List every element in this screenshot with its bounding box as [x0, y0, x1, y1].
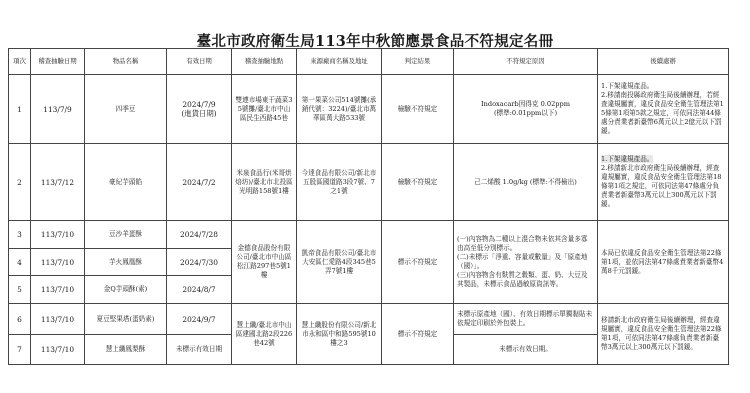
cell-reason: 未標示有效日期。 [454, 335, 598, 365]
header-row: 項次 稽查抽驗日期 物品名稱 有效日期 稽查抽驗地點 來源廠商名稱及地址 判定結… [9, 49, 729, 75]
cell-product: 豆沙羊蛋酥 [85, 221, 167, 249]
cell-date: 113/7/10 [31, 276, 85, 304]
violations-table: 項次 稽查抽驗日期 物品名稱 有效日期 稽查抽驗地點 來源廠商名稱及地址 判定結… [8, 48, 729, 365]
header-reason: 不符規定原因 [454, 49, 598, 75]
cell-source: 第一果菜公司514號攤(承銷代號：3224)/臺北市萬華區萬大路533號 [297, 75, 382, 144]
action-text: 2.移請新北市政府衛生局後續辦理，經查違規屬實，違反食品安全衛生管理法第18條第… [601, 164, 725, 209]
cell-reason: Indoxacarb因得克 0.02ppm (標準:0.01ppm以下) [454, 75, 598, 144]
cell-product: 芋火鳳凰酥 [85, 249, 167, 276]
cell-no: 7 [9, 335, 31, 365]
cell-expiry: 未標示有效日期 [167, 335, 232, 365]
cell-no: 5 [9, 276, 31, 304]
header-result: 判定結果 [382, 49, 454, 75]
header-location: 稽查抽驗地點 [232, 49, 297, 75]
cell-reason: (一)內容物為二種以上混合物未依其含量多寡由高至低分別標示。 (二)未標示「淨重… [454, 221, 598, 304]
cell-result: 標示不符規定 [382, 304, 454, 365]
reason-item: (一)內容物為二種以上混合物未依其含量多寡由高至低分別標示。 [457, 235, 594, 253]
cell-date: 113/7/10 [31, 249, 85, 276]
cell-reason: 未標示原產地（國）、有效日期標示單獨黏貼未依規定印刷於外包裝上。 [454, 304, 598, 335]
table-row: 2 113/7/12 豪紀芋頭餡 2024/7/2 米泉食品行(米哥烘焙坊)/臺… [9, 144, 729, 221]
header-action: 後續處辦 [598, 49, 729, 75]
cell-product: 夏豆堅果塔(蛋奶素) [85, 304, 167, 335]
table-row: 3 113/7/10 豆沙羊蛋酥 2024/7/28 金德食品股份有限公司/臺北… [9, 221, 729, 249]
cell-expiry: 2024/7/9 (進貨日期) [167, 75, 232, 144]
cell-location: 金德食品股份有限公司/臺北市中山區松江路297巷5號1樓 [232, 221, 297, 304]
cell-result: 檢驗不符規定 [382, 144, 454, 221]
cell-action: 1.下架違規產品。 2.移請南投縣政府衛生局後續辦理，若經查違規屬實，違反食品安… [598, 75, 729, 144]
cell-expiry: 2024/7/30 [167, 249, 232, 276]
cell-date: 113/7/10 [31, 221, 85, 249]
cell-source: 慧上纖股份有限公司/新北市永和區中和路595號10樓之3 [297, 304, 382, 365]
cell-result: 檢驗不符規定 [382, 75, 454, 144]
cell-action: 本局已依違反食品安全衛生管理法第22條第1項，並依同法第47條處責業者新臺幣4萬… [598, 221, 729, 304]
cell-action: 移請新北市政府衛生局後續辦理，經查違規屬實，違反食品安全衛生管理法第22條第1項… [598, 304, 729, 365]
cell-product: 金Q芋頭酥(素) [85, 276, 167, 304]
cell-expiry: 2024/8/7 [167, 276, 232, 304]
reason-item: (三)內容物含有麩質之穀類、蛋、奶、大豆及其製品，未標示食品過敏原資訊等。 [457, 271, 594, 289]
cell-action: 1.下架違規產品。 2.移請新北市政府衛生局後續辦理，經查違規屬實，違反食品安全… [598, 144, 729, 221]
cell-no: 1 [9, 75, 31, 144]
cell-date: 113/7/10 [31, 335, 85, 365]
table-row: 6 113/7/10 夏豆堅果塔(蛋奶素) 2024/9/7 慧上纖/臺北市中山… [9, 304, 729, 335]
header-date: 稽查抽驗日期 [31, 49, 85, 75]
cell-date: 113/7/10 [31, 304, 85, 335]
cell-expiry: 2024/7/2 [167, 144, 232, 221]
header-expiry: 有效日期 [167, 49, 232, 75]
cell-expiry: 2024/7/28 [167, 221, 232, 249]
cell-reason: 己二烯酸 1.0g/kg (標準:不得檢出) [454, 144, 598, 221]
cell-location: 米泉食品行(米哥烘焙坊)/臺北市北投區光明路158號1樓 [232, 144, 297, 221]
table-row: 1 113/7/9 四季豆 2024/7/9 (進貨日期) 雙連市場東干蔬菜35… [9, 75, 729, 144]
reason-item: (二)未標示「淨重、容量或數量」及「原產地（國）」。 [457, 253, 594, 271]
highlighted-text: 1.下架違規產品。 [601, 155, 653, 163]
cell-no: 6 [9, 304, 31, 335]
header-no: 項次 [9, 49, 31, 75]
cell-no: 2 [9, 144, 31, 221]
cell-location: 慧上纖/臺北市中山區建國北路2段226巷42號 [232, 304, 297, 365]
cell-date: 113/7/9 [31, 75, 85, 144]
cell-date: 113/7/12 [31, 144, 85, 221]
cell-expiry: 2024/9/7 [167, 304, 232, 335]
cell-result: 標示不符規定 [382, 221, 454, 304]
cell-product: 四季豆 [85, 75, 167, 144]
cell-source: 凱帝食品有限公司/臺北市大安區仁愛路4段345巷5弄7號1樓 [297, 221, 382, 304]
cell-product: 慧上纖鳳梨酥 [85, 335, 167, 365]
cell-no: 4 [9, 249, 31, 276]
header-source: 來源廠商名稱及地址 [297, 49, 382, 75]
header-product: 物品名稱 [85, 49, 167, 75]
cell-location: 雙連市場東干蔬菜35號攤/臺北市中山區民生西路45巷 [232, 75, 297, 144]
cell-product: 豪紀芋頭餡 [85, 144, 167, 221]
cell-source: 今達食品有限公司/新北市五股區國道路3段7號、7之1號 [297, 144, 382, 221]
cell-no: 3 [9, 221, 31, 249]
